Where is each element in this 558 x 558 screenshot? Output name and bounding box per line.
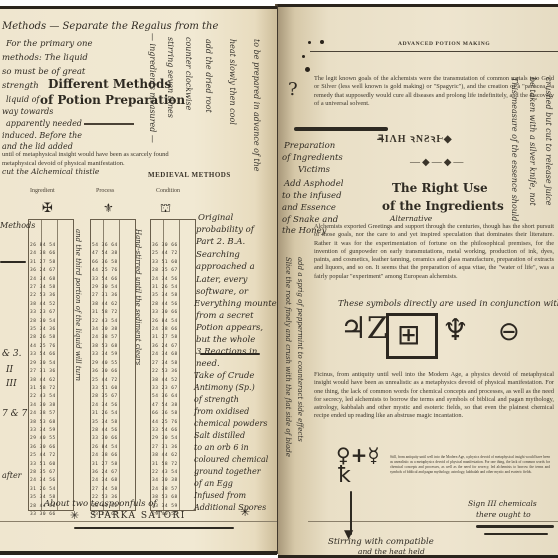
margin-note: Everything mounted [194, 299, 277, 309]
vertical-note: add a sprig of peppermint to counteract … [296, 257, 304, 547]
cross-box-symbol-icon: ⊞ [397, 318, 420, 351]
margin-note: induced. Before the [2, 131, 82, 140]
margin-note: Additional Spores [194, 503, 266, 512]
ink-dot [308, 41, 311, 44]
margin-note: Antimony (Sp.) [194, 383, 255, 392]
vertical-note: heat slowly then cool [228, 39, 237, 149]
margin-note: II [6, 365, 13, 375]
signature-line: About two teaspoonfuls of [44, 499, 157, 509]
section-label: MEDIEVAL METHODS [148, 171, 231, 179]
star-mark-icon: ✳ [240, 505, 250, 519]
margin-note: and Essence [282, 203, 336, 213]
page-rule [308, 521, 558, 522]
margin-note: of strength [194, 395, 239, 404]
inline-note: Alternative [390, 214, 432, 223]
ink-dot [305, 67, 310, 72]
margin-note: after [2, 471, 22, 480]
castle-symbol-icon: ⛫ [160, 201, 171, 217]
running-header: ADVANCED POTION MAKING [398, 41, 490, 47]
margin-note: need. [196, 359, 220, 369]
margin-note: Searching [196, 250, 240, 260]
margin-note: Add Asphodel [284, 179, 343, 189]
margin-note: way towards [2, 107, 53, 116]
margin-note: of Ingredients [282, 153, 343, 163]
margin-note: but the whole [196, 335, 255, 345]
header-rule [310, 51, 558, 52]
scribble-mark [476, 525, 554, 528]
ink-dot [320, 40, 324, 44]
margin-note: 7 & 7 [2, 409, 27, 419]
section-title-line1: The Right Use [392, 181, 488, 195]
vertical-note: Hand-stirred until the sediment clears [134, 229, 142, 499]
neptune-symbol-icon: ♆ [442, 313, 469, 348]
vertical-note: counter clockwise [184, 37, 193, 137]
vertical-note: to be prepared in advance of the [252, 39, 261, 179]
underline-scribble [200, 353, 260, 355]
vertical-note: Slice the root finely and crush with the… [284, 257, 292, 547]
vertical-note: — ingredients measured — [148, 33, 157, 143]
margin-note: & 3. [2, 349, 21, 359]
table-header-condition: Condition [156, 188, 180, 194]
bottom-handwriting: Stirring with compatible [328, 537, 434, 547]
scribbled-strike [294, 127, 388, 131]
margin-note: to an orb 6 in [194, 443, 249, 452]
ink-dot [302, 55, 305, 58]
vertical-note: This measure of the essence should [510, 77, 519, 307]
ornament-rule [84, 123, 134, 125]
margin-note: Infused from [194, 491, 246, 500]
signature-note: Sign III chemicals [468, 499, 537, 508]
cipher-line: ꟻ̶IΛH ꝛNƧꝛⱵ◆ [378, 131, 453, 145]
potion-table-3: 36 30 66 25 44 72 33 51 60 28 35 67 24 3… [150, 219, 196, 511]
margin-note: from oxidised [194, 407, 249, 416]
margin-note: Victims [298, 165, 330, 175]
left-page: Methods — Separate the Regalus from the … [0, 6, 277, 555]
margin-note: apparently needed [6, 119, 82, 128]
margin-note: liquid of [6, 95, 39, 104]
bottom-handwriting: and the heat held [358, 547, 425, 556]
open-book: Methods — Separate the Regalus from the … [0, 0, 558, 558]
body-line: until of metaphysical insight would have… [2, 151, 169, 158]
margin-note: For the primary one [6, 39, 92, 49]
margin-note: Salt distilled [194, 431, 245, 440]
vertical-note: add the dried root [204, 39, 213, 139]
margin-note: and the lid added [2, 142, 73, 151]
underline-scribble [74, 527, 234, 529]
margin-note: strength [2, 81, 39, 91]
potion-table-2: 54 36 64 47 54 38 66 36 58 44 25 76 33 5… [90, 219, 136, 511]
table-header-process: Process [96, 188, 114, 194]
table-header-ingredient: Ingredient [30, 188, 55, 194]
margin-note: Take of Crude [194, 371, 254, 381]
margin-note: of an Egg [194, 479, 233, 488]
margin-note: Later, every [196, 275, 247, 285]
body-line: metaphysical devoid of physical manifest… [2, 160, 125, 167]
jupiter-z-symbol-icon: ♃Z [340, 311, 388, 346]
margin-note: Preparation [284, 141, 335, 151]
margin-note: Potion appears, [196, 323, 263, 333]
salt-symbol-icon: ⊖ [498, 317, 520, 347]
margin-note: probability of [196, 225, 254, 235]
margin-note: III [6, 379, 17, 389]
margin-note: 3 Reactions in [196, 347, 257, 357]
page-rule [0, 521, 277, 522]
signature-note: there ought to [476, 510, 531, 519]
margin-note: Original [198, 213, 233, 223]
handwritten-prefix: cut the Alchemical thistle [2, 167, 99, 176]
margin-note: ground together [194, 467, 261, 476]
handwritten-note: These symbols directly are used in conju… [338, 299, 558, 309]
margin-note: methods: The liquid [2, 53, 88, 63]
scribble-mark [484, 533, 548, 535]
potion-table-1: 26 84 54 24 38 66 31 27 58 36 24 67 24 3… [28, 219, 74, 511]
vertical-note: be taken with a silver knife, not [528, 77, 537, 307]
boxed-symbol-frame: ⊞ [386, 313, 438, 359]
margin-note: Methods [0, 221, 35, 230]
handwriting-top: Methods — Separate the Regalus from the [2, 21, 218, 32]
composite-symbol-icon: ꝁ [338, 463, 351, 488]
margin-note: so must be of great [2, 67, 85, 77]
vertical-note: stirring seven times [166, 37, 175, 137]
section-title-line2: of Potion Preparation [40, 93, 185, 107]
margin-note: coloured chemical [194, 455, 268, 464]
ornament-divider: —◆—◆— [410, 157, 465, 168]
question-mark: ? [288, 79, 298, 100]
vertical-note: crushed but cut to release juice [544, 77, 553, 307]
fleur-symbol-icon: ⚜ [103, 201, 114, 215]
cross-symbol-icon: ✠ [42, 201, 53, 216]
second-paragraph: Ficinus, from antiquity until well into … [314, 371, 554, 421]
signature-name: SPARKA SATORI [90, 511, 186, 521]
vertical-note: and the third portion of the liquid will… [74, 229, 82, 499]
section-title-line2: of the Ingredients [382, 199, 504, 213]
arrow-line [0, 261, 26, 263]
right-page: ADVANCED POTION MAKING ? The legit known… [278, 4, 558, 558]
margin-note: Part 2. B.A. [196, 237, 245, 247]
margin-note: from a secret [196, 311, 254, 321]
margin-note: to the infused [282, 191, 342, 201]
margin-note: software, or [196, 287, 248, 297]
footnote: Still, from antiquity until well into th… [390, 455, 550, 475]
margin-note: chemical powders [194, 419, 267, 428]
margin-note: approached a [196, 262, 255, 272]
